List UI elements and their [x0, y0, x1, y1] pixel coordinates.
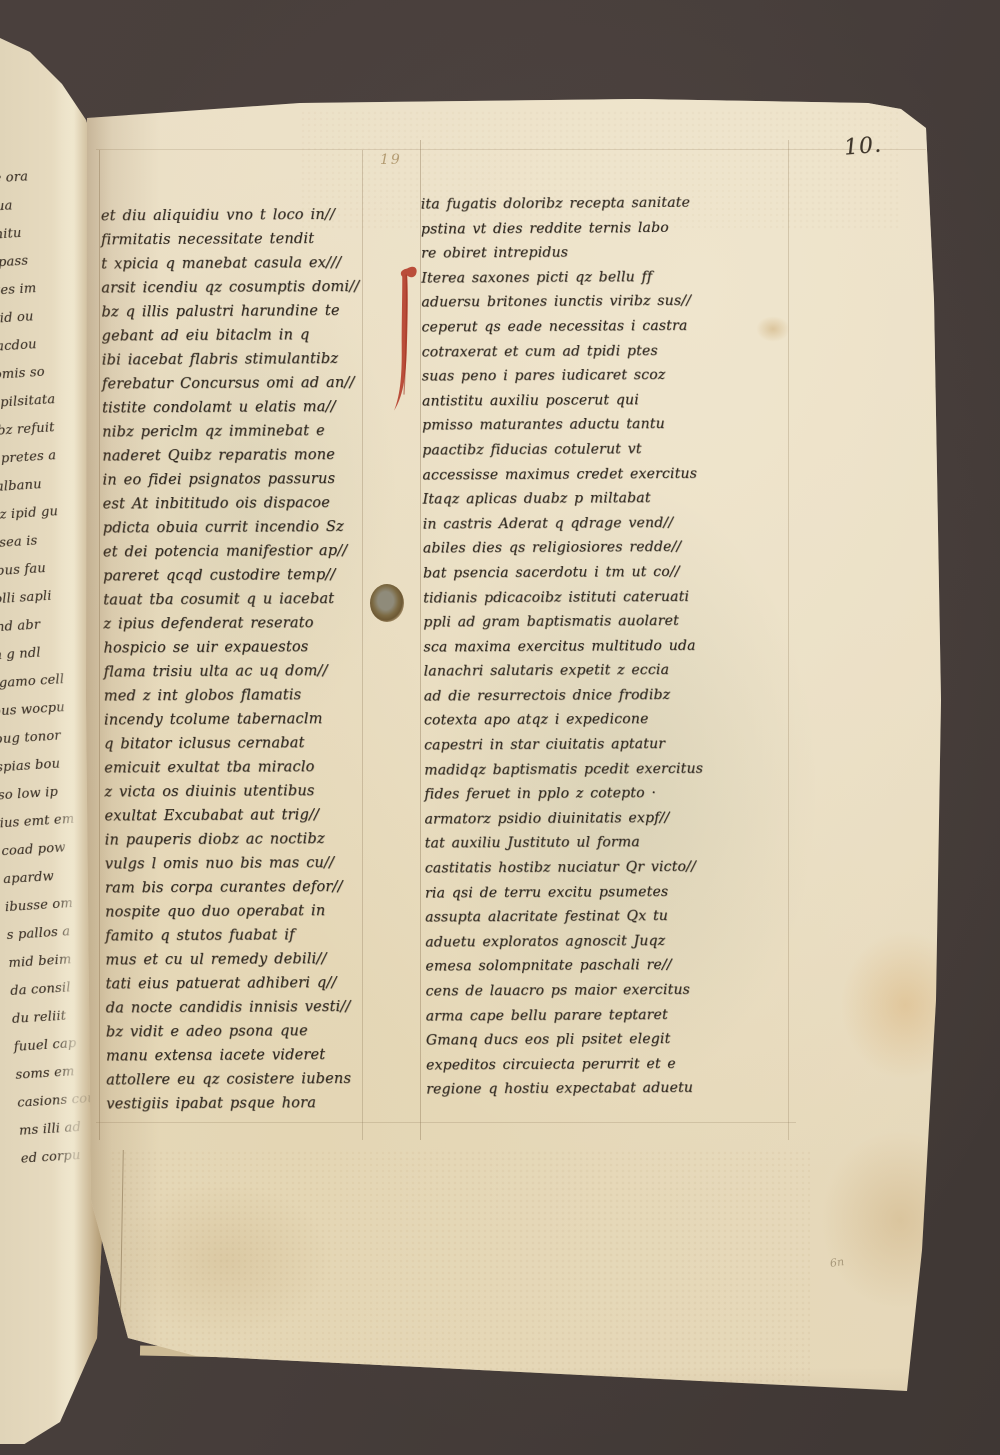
manuscript-line: vulgs l omis nuo bis mas cu// [105, 851, 363, 877]
manuscript-line: ita fugatis doloribz recepta sanitate [421, 191, 700, 217]
manuscript-line: fides feruet in pplo z cotepto · [424, 781, 703, 807]
manuscript-line: cens de lauacro ps maior exercitus [426, 978, 705, 1004]
manuscript-line: mus et cu ul remedy debili// [105, 947, 363, 973]
manuscript-line: arma cape bellu parare teptaret [426, 1002, 705, 1028]
manuscript-line: madidqz baptismatis pcedit exercitus [424, 756, 703, 782]
manuscript-line: re obiret intrepidus [421, 240, 700, 266]
manuscript-line: Gmanq ducs eos pli psitet elegit [426, 1027, 705, 1053]
manuscript-line: aduetu exploratos agnoscit Juqz [425, 929, 704, 955]
parchment-hole [370, 584, 404, 622]
text-column-right: ita fugatis doloribz recepta sanitatepst… [421, 191, 705, 1103]
manuscript-line: naderet Quibz reparatis mone [102, 443, 360, 469]
manuscript-line: firmitatis necessitate tendit [101, 227, 359, 253]
manuscript-line: Itaqz aplicas duabz p miltabat [423, 486, 702, 512]
manuscript-line: in pauperis diobz ac noctibz [105, 827, 363, 853]
manuscript-line: et dei potencia manifestior ap// [103, 539, 361, 565]
manuscript-line: hospicio se uir expauestos [103, 635, 361, 661]
manuscript-line: abiles dies qs religiosiores redde// [423, 535, 702, 561]
manuscript-line: z victa os diuinis utentibus [104, 779, 362, 805]
manuscript-line: emesa solompnitate paschali re// [425, 953, 704, 979]
manuscript-line: vestigiis ipabat psque hora [106, 1091, 364, 1117]
manuscript-line: Iterea saxones picti qz bellu ff [421, 265, 700, 291]
manuscript-line: tati eius patuerat adhiberi q// [105, 971, 363, 997]
manuscript-line: pstina vt dies reddite ternis labo [421, 215, 700, 241]
manuscript-line: sca maxima exercitus multitudo uda [423, 633, 702, 659]
manuscript-line: antistitu auxiliu poscerut qui [422, 388, 701, 414]
manuscript-line: ad die resurrectois dnice frodibz [424, 683, 703, 709]
manuscript-line: ferebatur Concursus omi ad an// [102, 371, 360, 397]
text-block: et diu aliquidiu vno t loco in//firmitat… [0, 0, 1000, 1455]
manuscript-line: cotraxerat et cum ad tpidi ptes [422, 338, 701, 364]
manuscript-line: aduersu britones iunctis viribz sus// [421, 289, 700, 315]
manuscript-line: incendy tcolume tabernaclm [104, 707, 362, 733]
manuscript-line: pdicta obuia currit incendio Sz [103, 515, 361, 541]
manuscript-line: ria qsi de terru excitu psumetes [425, 879, 704, 905]
manuscript-line: bat psencia sacerdotu i tm ut co// [423, 560, 702, 586]
manuscript-line: pareret qcqd custodire temp// [103, 563, 361, 589]
manuscript-line: expeditos circuiecta perurrit et e [426, 1052, 705, 1078]
manuscript-line: est At inbititudo ois dispacoe [103, 491, 361, 517]
text-column-left: et diu aliquidiu vno t loco in//firmitat… [101, 203, 365, 1117]
manuscript-line: gebant ad eiu bitaclm in q [102, 323, 360, 349]
manuscript-page: 10. 19 6n et diu aliquidiu vno t loco in… [0, 0, 1000, 1455]
manuscript-line: tidianis pdicacoibz istituti cateruati [423, 584, 702, 610]
red-initial-letter-I [391, 264, 422, 414]
manuscript-line: suas peno i pares iudicaret scoz [422, 363, 701, 389]
manuscript-line: flama trisiu ulta ac uq dom// [104, 659, 362, 685]
manuscript-line: nospite quo duo operabat in [105, 899, 363, 925]
manuscript-line: tauat tba cosumit q u iacebat [103, 587, 361, 613]
manuscript-line: med z int globos flamatis [104, 683, 362, 709]
manuscript-line: ram bis corpa curantes defor// [105, 875, 363, 901]
manuscript-line: in eo fidei psignatos passurus [102, 467, 360, 493]
manuscript-line: bz q illis palustri harundine te [101, 299, 359, 325]
manuscript-line: et diu aliquidiu vno t loco in// [101, 203, 359, 229]
manuscript-line: famito q stutos fuabat if [105, 923, 363, 949]
manuscript-line: pmisso maturantes aductu tantu [422, 412, 701, 438]
manuscript-line: ceperut qs eade necessitas i castra [421, 314, 700, 340]
manuscript-line: emicuit exultat tba miraclo [104, 755, 362, 781]
manuscript-line: bz vidit e adeo psona que [106, 1019, 364, 1045]
manuscript-line: armatorz psidio diuinitatis expf// [424, 806, 703, 832]
manuscript-line: exultat Excubabat aut trig// [104, 803, 362, 829]
manuscript-line: manu extensa iacete videret [106, 1043, 364, 1069]
manuscript-line: ibi iacebat flabris stimulantibz [102, 347, 360, 373]
manuscript-line: regione q hostiu expectabat aduetu [426, 1076, 705, 1102]
manuscript-line: t xpicia q manebat casula ex/// [101, 251, 359, 277]
manuscript-line: attollere eu qz cosistere iubens [106, 1067, 364, 1093]
manuscript-line: assupta alacritate festinat Qx tu [425, 904, 704, 930]
manuscript-line: arsit icendiu qz cosumptis domi// [101, 275, 359, 301]
manuscript-line: nibz periclm qz imminebat e [102, 419, 360, 445]
manuscript-line: accessisse maximus credet exercitus [422, 461, 701, 487]
manuscript-line: lanachri salutaris expetit z eccia [424, 658, 703, 684]
manuscript-line: paactibz fiducias cotulerut vt [422, 437, 701, 463]
manuscript-line: in castris Aderat q qdrage vend// [423, 510, 702, 536]
manuscript-line: da nocte candidis innisis vesti// [106, 995, 364, 1021]
manuscript-line: cotexta apo atqz i expedicone [424, 707, 703, 733]
manuscript-line: tat auxiliu Justituto ul forma [425, 830, 704, 856]
manuscript-line: ppli ad gram baptismatis auolaret [423, 609, 702, 635]
manuscript-line: capestri in star ciuitatis aptatur [424, 732, 703, 758]
manuscript-line: q bitator iclusus cernabat [104, 731, 362, 757]
manuscript-line: castitatis hostibz nuciatur Qr victo// [425, 855, 704, 881]
manuscript-line: z ipius defenderat reserato [103, 611, 361, 637]
manuscript-line: tistite condolamt u elatis ma// [102, 395, 360, 421]
